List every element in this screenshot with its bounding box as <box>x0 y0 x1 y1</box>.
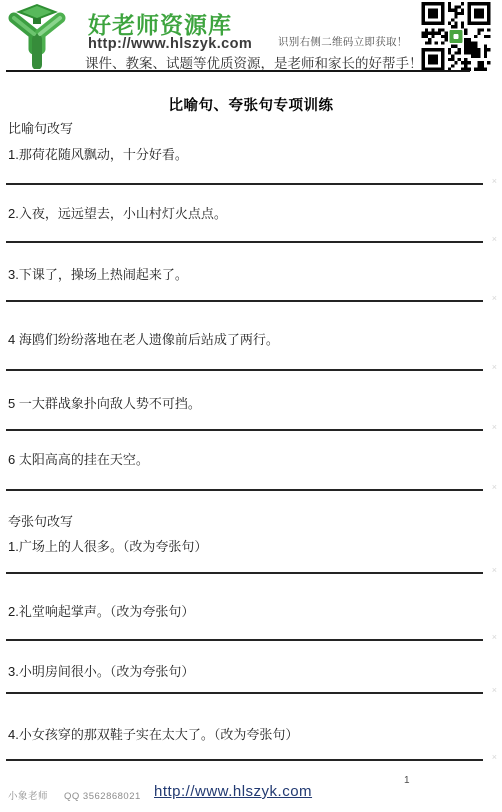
page-number: 1 <box>404 775 410 786</box>
question-text: 1.广场上的人很多。（改为夸张句） <box>8 536 207 555</box>
answer-line <box>6 639 483 641</box>
answer-line <box>6 429 483 431</box>
answer-line <box>6 241 483 243</box>
author-name: 小象老师 <box>8 791 48 802</box>
question-text: 2.入夜，远远望去，小山村灯火点点。 <box>8 203 227 222</box>
header-divider <box>6 70 470 72</box>
footer-meta: 小象老师QQ 3562868021 <box>8 788 157 802</box>
question-text: 1.那荷花随风飘动，十分好看。 <box>8 144 188 163</box>
section-heading-metaphor: 比喻句改写 <box>8 118 73 137</box>
answer-line <box>6 369 483 371</box>
question-text: 5 一大群战象扑向敌人势不可挡。 <box>8 393 201 412</box>
answer-line <box>6 692 483 694</box>
answer-line <box>6 572 483 574</box>
header-tagline: 课件、教案、试题等优质资源，是老师和家长的好帮手！ <box>85 52 423 72</box>
answer-line <box>6 300 483 302</box>
question-text: 4.小女孩穿的那双鞋子实在太大了。（改为夸张句） <box>8 724 298 743</box>
answer-line <box>6 759 483 761</box>
question-text: 3.下课了，操场上热闹起来了。 <box>8 264 188 283</box>
qr-caption: 识别右侧二维码立即获取！ <box>278 34 408 49</box>
answer-line <box>6 183 483 185</box>
worksheet-page: 好老师资源库 http://www.hlszyk.com 识别右侧二维码立即获取… <box>0 0 502 812</box>
footer-site-link[interactable]: http://www.hlszyk.com <box>154 783 312 800</box>
question-text: 3.小明房间很小。（改为夸张句） <box>8 661 194 680</box>
author-qq: QQ 3562868021 <box>64 791 141 802</box>
qr-code-icon <box>420 2 492 71</box>
page-title: 比喻句、夸张句专项训练 <box>0 94 502 115</box>
graduation-cap-logo-icon <box>6 3 68 69</box>
section-heading-hyperbole: 夸张句改写 <box>8 511 73 530</box>
answer-line <box>6 489 483 491</box>
question-text: 2.礼堂响起掌声。（改为夸张句） <box>8 601 194 620</box>
question-text: 6 太阳高高的挂在天空。 <box>8 449 149 468</box>
question-text: 4 海鸥们纷纷落地在老人遗像前后站成了两行。 <box>8 329 279 348</box>
brand-url: http://www.hlszyk.com <box>88 36 252 52</box>
